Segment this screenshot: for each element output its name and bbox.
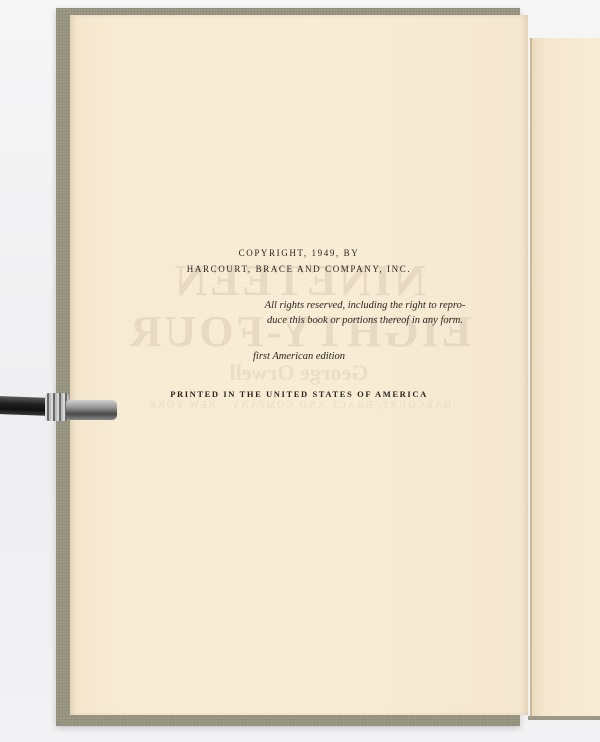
right-page — [530, 38, 600, 718]
printed-in-statement: PRINTED IN THE UNITED STATES OF AMERICA — [70, 389, 528, 399]
right-cover-edge — [528, 716, 600, 720]
rights-statement: All rights reserved, including the right… — [215, 298, 515, 328]
rights-line-1: All rights reserved, including the right… — [215, 298, 515, 313]
edition-statement: first American edition — [70, 351, 528, 362]
pointer-tip — [66, 400, 117, 420]
publisher-name: HARCOURT, BRACE AND COMPANY, INC. — [70, 264, 528, 274]
copyright-page: NINETEEN EIGHTY-FOUR George Orwell HARCO… — [70, 15, 528, 715]
rights-line-2: duce this book or portions thereof in an… — [215, 313, 515, 328]
show-through-author: George Orwell — [70, 360, 528, 386]
show-through-publisher: HARCOURT, BRACE AND COMPANY · NEW YORK — [70, 400, 528, 411]
copyright-notice: COPYRIGHT, 1949, BY — [70, 248, 528, 258]
